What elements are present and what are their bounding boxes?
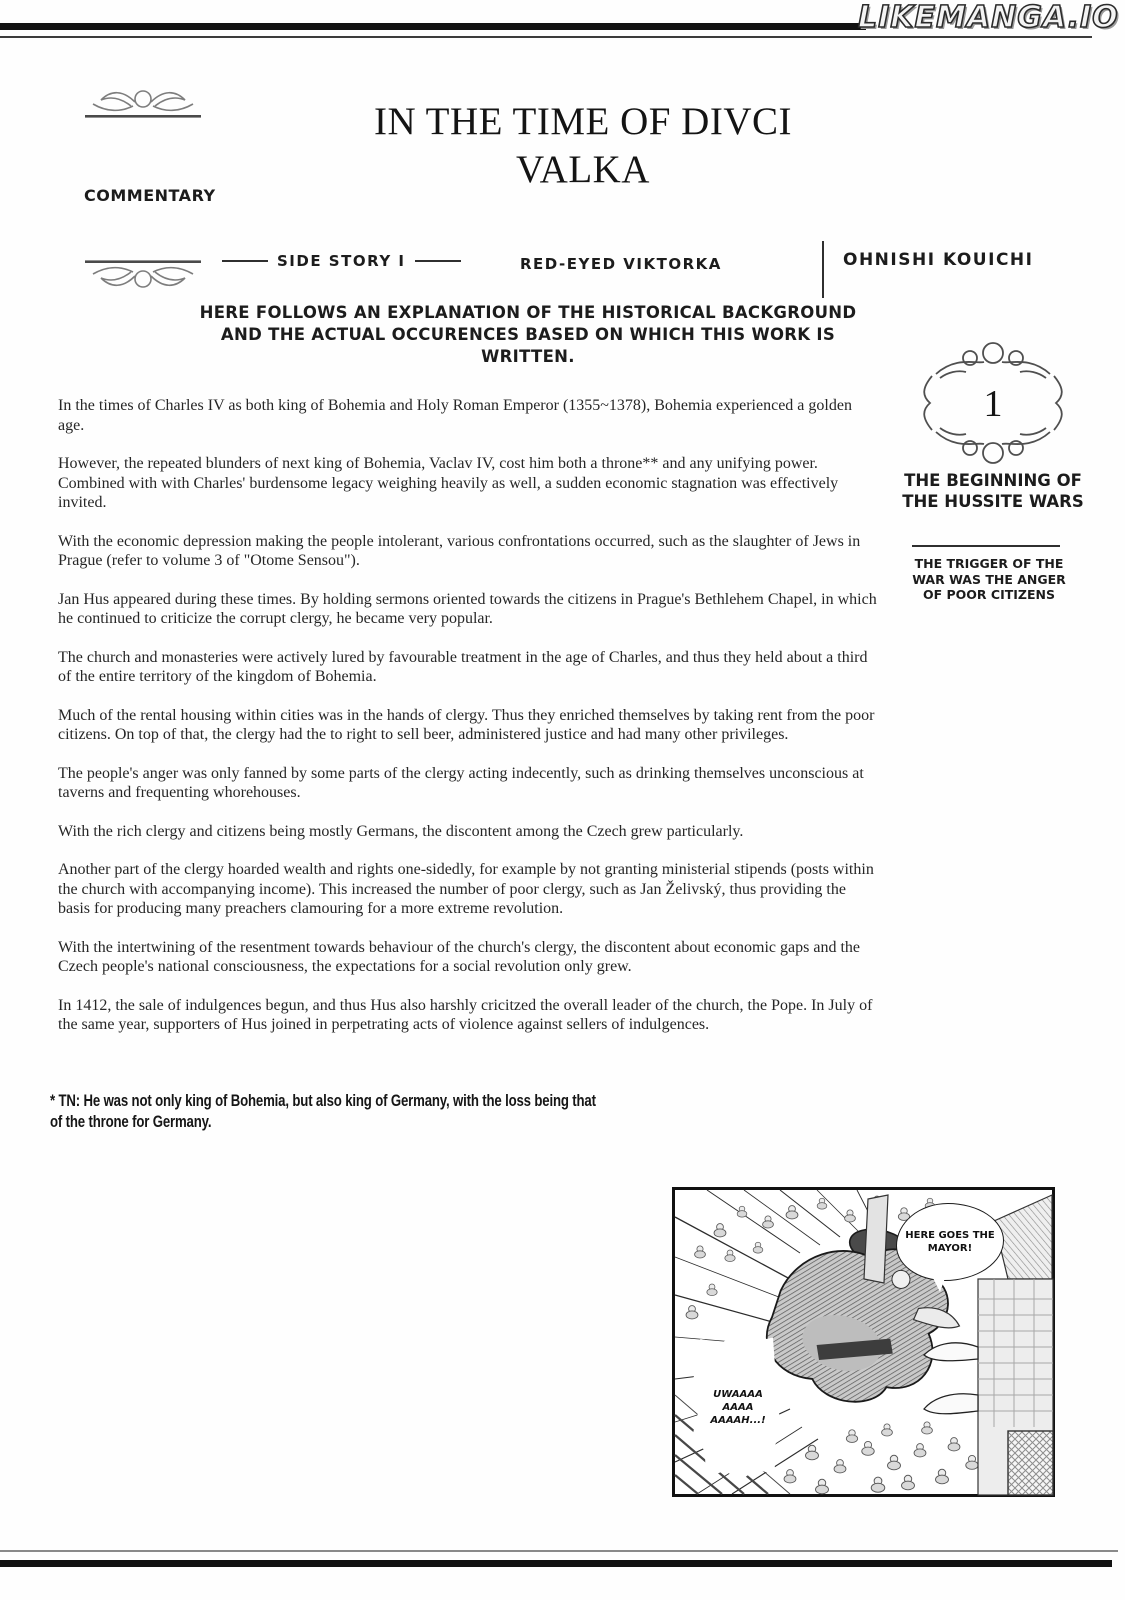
page-title-line2: VALKA: [323, 146, 843, 194]
paragraph: Another part of the clergy hoarded wealt…: [58, 860, 880, 919]
paragraph: The church and monasteries were actively…: [58, 648, 880, 687]
intro-line2: AND THE ACTUAL OCCURENCES BASED ON WHICH…: [128, 324, 928, 346]
paragraph: Much of the rental housing within cities…: [58, 706, 880, 745]
side-story-dash-right: [415, 260, 461, 263]
author-name: OHNISHI KOUICHI: [843, 250, 1033, 270]
chapter-number: 1: [918, 382, 1068, 426]
site-watermark: LIKEMANGA.IO: [858, 0, 1123, 35]
chapter-title: THE BEGINNING OF THE HUSSITE WARS: [902, 470, 1084, 512]
paragraph: However, the repeated blunders of next k…: [58, 454, 880, 513]
flourish-ornament-mirrored-icon: [82, 258, 204, 292]
paragraph: The people's anger was only fanned by so…: [58, 764, 880, 803]
intro-line1: HERE FOLLOWS AN EXPLANATION OF THE HISTO…: [128, 302, 928, 324]
top-rule-thin: [0, 36, 1092, 38]
speech-bubble-scream: UWAAAA AAAA AAAAH...!: [692, 1333, 784, 1481]
chapter-divider: [912, 545, 1060, 547]
paragraph: In the times of Charles IV as both king …: [58, 396, 880, 435]
translator-note: * TN: He was not only king of Bohemia, b…: [50, 1091, 610, 1132]
paragraph: With the economic depression making the …: [58, 532, 880, 571]
paragraph: With the rich clergy and citizens being …: [58, 822, 880, 842]
intro-line3: WRITTEN.: [128, 346, 928, 368]
author-separator: [822, 241, 824, 298]
intro-heading: HERE FOLLOWS AN EXPLANATION OF THE HISTO…: [128, 302, 928, 368]
page-title: IN THE TIME OF DIVCI VALKA: [323, 98, 843, 194]
speech-bubble-mayor-text: HERE GOES THE MAYOR!: [901, 1229, 999, 1255]
page-title-line1: IN THE TIME OF DIVCI: [323, 98, 843, 146]
side-story-label: SIDE STORY I: [277, 252, 406, 270]
side-story-dash-left: [222, 260, 268, 263]
article-paragraphs: In the times of Charles IV as both king …: [58, 396, 880, 1054]
top-rule-thick: [0, 23, 866, 30]
paragraph: Jan Hus appeared during these times. By …: [58, 590, 880, 629]
bottom-rule-thick: [0, 1560, 1112, 1567]
side-story-heading: SIDE STORY I: [222, 252, 461, 270]
bottom-rule-thin: [0, 1550, 1118, 1552]
speech-bubble-scream-text: UWAAAA AAAA AAAAH...!: [698, 1388, 778, 1427]
flourish-ornament-icon: [82, 86, 204, 120]
paragraph: In 1412, the sale of indulgences begun, …: [58, 996, 880, 1035]
commentary-page: LIKEMANGA.IO IN THE TIME OF DIVCI VALKA …: [0, 0, 1125, 1600]
story-title: RED-EYED VIKTORKA: [520, 255, 722, 273]
commentary-label: COMMENTARY: [84, 186, 216, 205]
chapter-subtitle: THE TRIGGER OF THE WAR WAS THE ANGER OF …: [908, 556, 1070, 603]
manga-panel: HERE GOES THE MAYOR! UWAAAA AAAA AAAAH..…: [672, 1187, 1055, 1497]
paragraph: With the intertwining of the resentment …: [58, 938, 880, 977]
